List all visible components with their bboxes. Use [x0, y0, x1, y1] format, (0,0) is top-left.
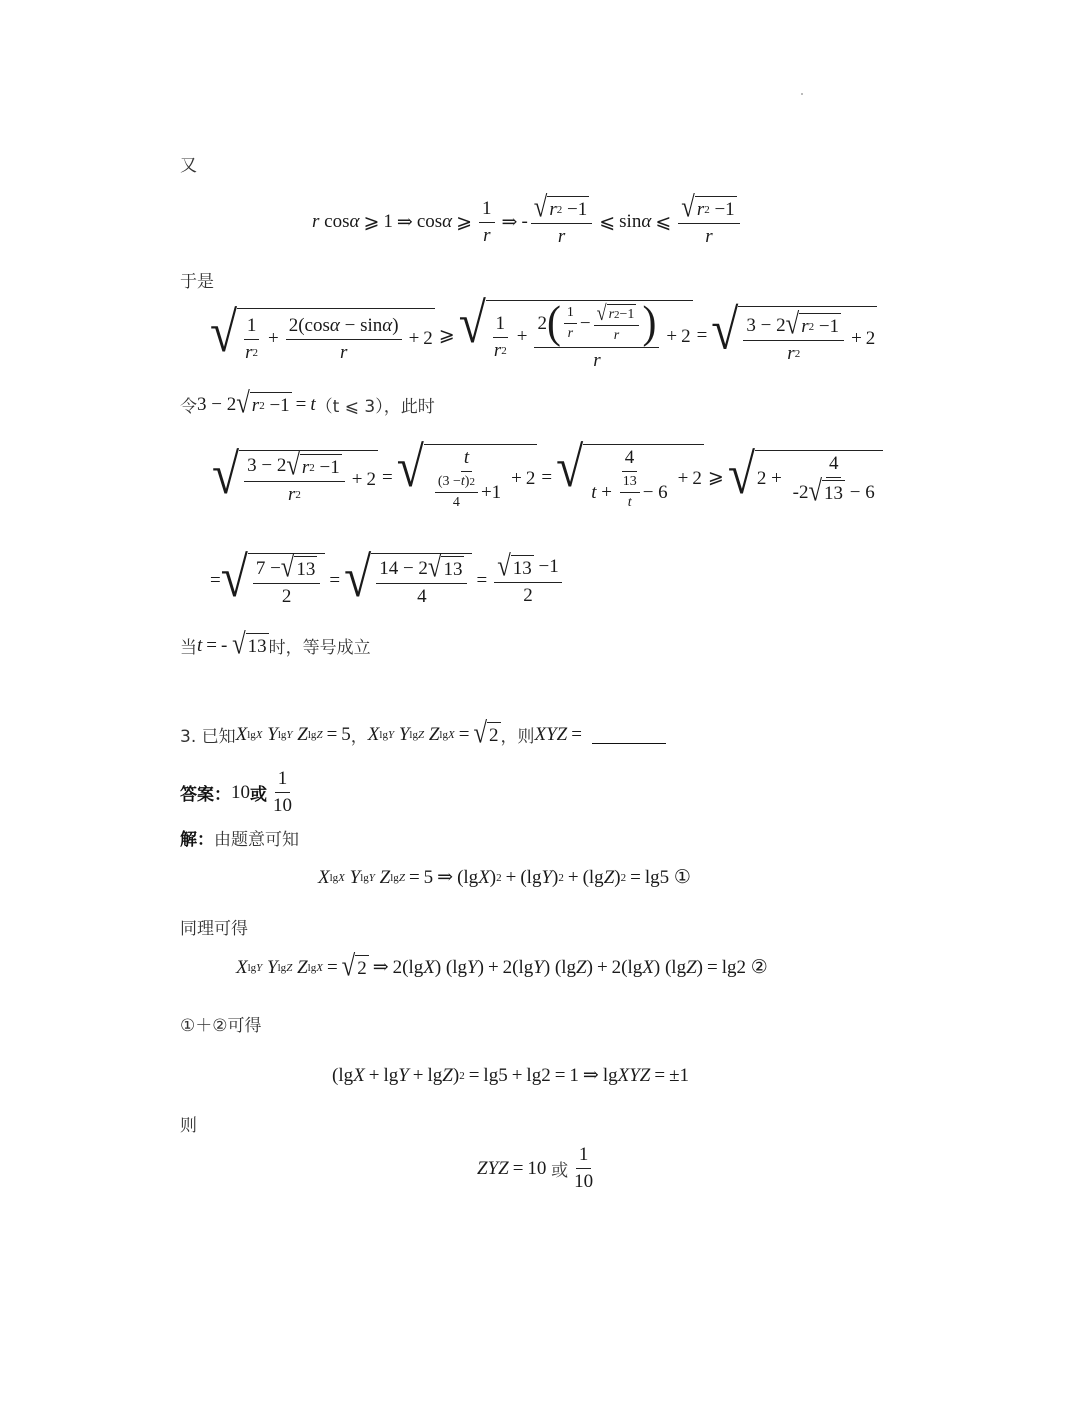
text-tongli: 同理可得	[180, 914, 248, 939]
equation-result: =√ 7 − √132 = √ 14 − 2√134 = √13 −12	[210, 553, 565, 608]
equation-t-substitution: √ 3 − 2√r2 −1r2 +2 = √ t(3 − t)24+1 +2 =…	[212, 444, 883, 511]
text-let-t: 令3 − 2√r2 −1=t （t ⩽ 3），此时	[180, 392, 435, 417]
solution-intro: 解：由题意可知	[180, 825, 299, 850]
answer-line: 答案： 10 或 110	[180, 768, 298, 817]
question-3: 3. 已知 XlgX YlgY ZlgZ=5， XlgY YlgZ ZlgX=√…	[180, 722, 666, 747]
text-yushi: 于是	[180, 267, 214, 292]
text-equality-condition: 当t=- √13 时，等号成立	[180, 633, 371, 658]
equation-1: XlgX YlgY ZlgZ=5⇒(lgX)2+(lgY)2+(lgZ)2=lg…	[318, 866, 691, 889]
equation-final: ZYZ=10 或 110	[477, 1144, 599, 1193]
equation-3: (lgX+lgY+lgZ)2=lg5+lg2=1⇒lgXYZ=±1	[332, 1064, 689, 1087]
text-sum: ①＋②可得	[180, 1011, 261, 1036]
text-ze: 则	[180, 1111, 197, 1136]
text-you: 又	[180, 151, 197, 176]
equation-cos-bound: r cosα⩾1⇒cosα⩾ 1r ⇒- √r2 −1r ⩽sinα⩽ √r2 …	[312, 196, 743, 248]
answer-blank	[592, 725, 666, 744]
equation-2: XlgY YlgZ ZlgX=√2⇒2(lgX) (lgY)+2(lgY) (l…	[236, 955, 768, 980]
corner-mark	[801, 93, 803, 95]
equation-inequality: √ 1r2 + 2(cosα − sinα)r +2 ⩾ √ 1r2 + 2( …	[210, 300, 877, 372]
